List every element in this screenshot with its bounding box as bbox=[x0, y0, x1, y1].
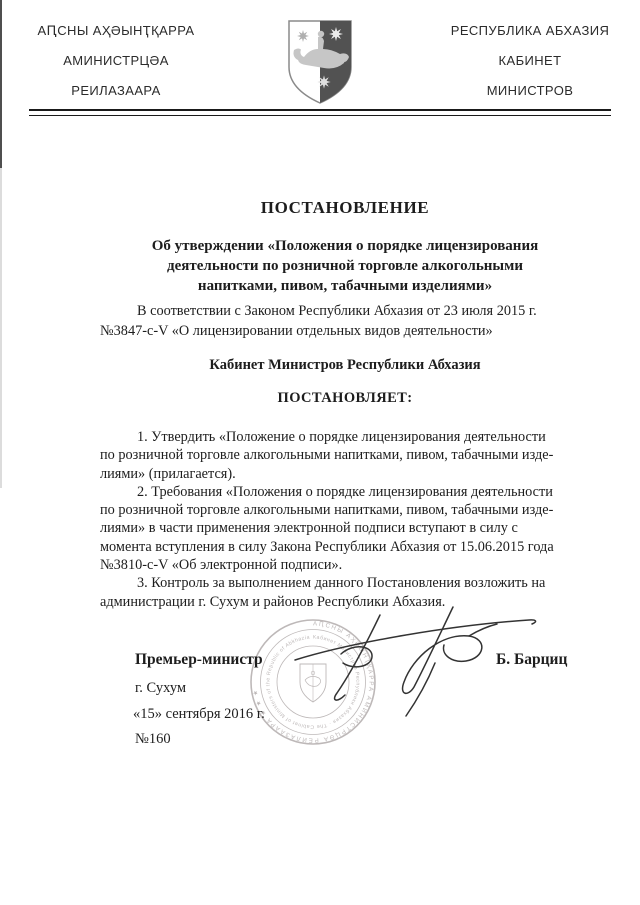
signing-date: «15» сентября 2016 г. bbox=[133, 706, 265, 723]
letterhead-abkhazian-text: АԤСНЫ АҲӘЫНҬҚАРРА АМИНИСТРЦӘА РЕИЛАЗААРА bbox=[28, 16, 204, 106]
letterhead-russian-text: РЕСПУБЛИКА АБХАЗИЯ КАБИНЕТ МИНИСТРОВ bbox=[442, 16, 618, 106]
resolution-items: 1. Утвердить «Положение о порядке лиценз… bbox=[100, 428, 590, 611]
resolution-item-2: 2. Требования «Положения о порядке лицен… bbox=[100, 483, 590, 574]
scan-edge-artifact bbox=[0, 0, 2, 168]
decree-number: №160 bbox=[135, 731, 171, 748]
resolution-item-1: 1. Утвердить «Положение о порядке лиценз… bbox=[100, 428, 590, 483]
letterhead-divider-rule bbox=[29, 109, 611, 116]
scanned-decree-document: АԤСНЫ АҲӘЫНҬҚАРРА АМИНИСТРЦӘА РЕИЛАЗААРА… bbox=[0, 0, 640, 905]
signer-title: Премьер-министр bbox=[135, 651, 263, 669]
resolves-line: ПОСТАНОВЛЯЕТ: bbox=[100, 390, 590, 407]
scan-edge-artifact-faint bbox=[0, 168, 2, 488]
preamble-paragraph: В соответствии с Законом Республики Абха… bbox=[100, 302, 590, 341]
document-title: ПОСТАНОВЛЕНИЕ bbox=[100, 198, 590, 218]
signing-place: г. Сухум bbox=[135, 680, 186, 697]
document-subject: Об утверждении «Положения о порядке лице… bbox=[100, 236, 590, 296]
issuing-authority-line: Кабинет Министров Республики Абхазия bbox=[100, 357, 590, 374]
signer-name: Б. Барциц bbox=[496, 651, 567, 669]
abkhazia-coat-of-arms-icon bbox=[287, 19, 353, 105]
